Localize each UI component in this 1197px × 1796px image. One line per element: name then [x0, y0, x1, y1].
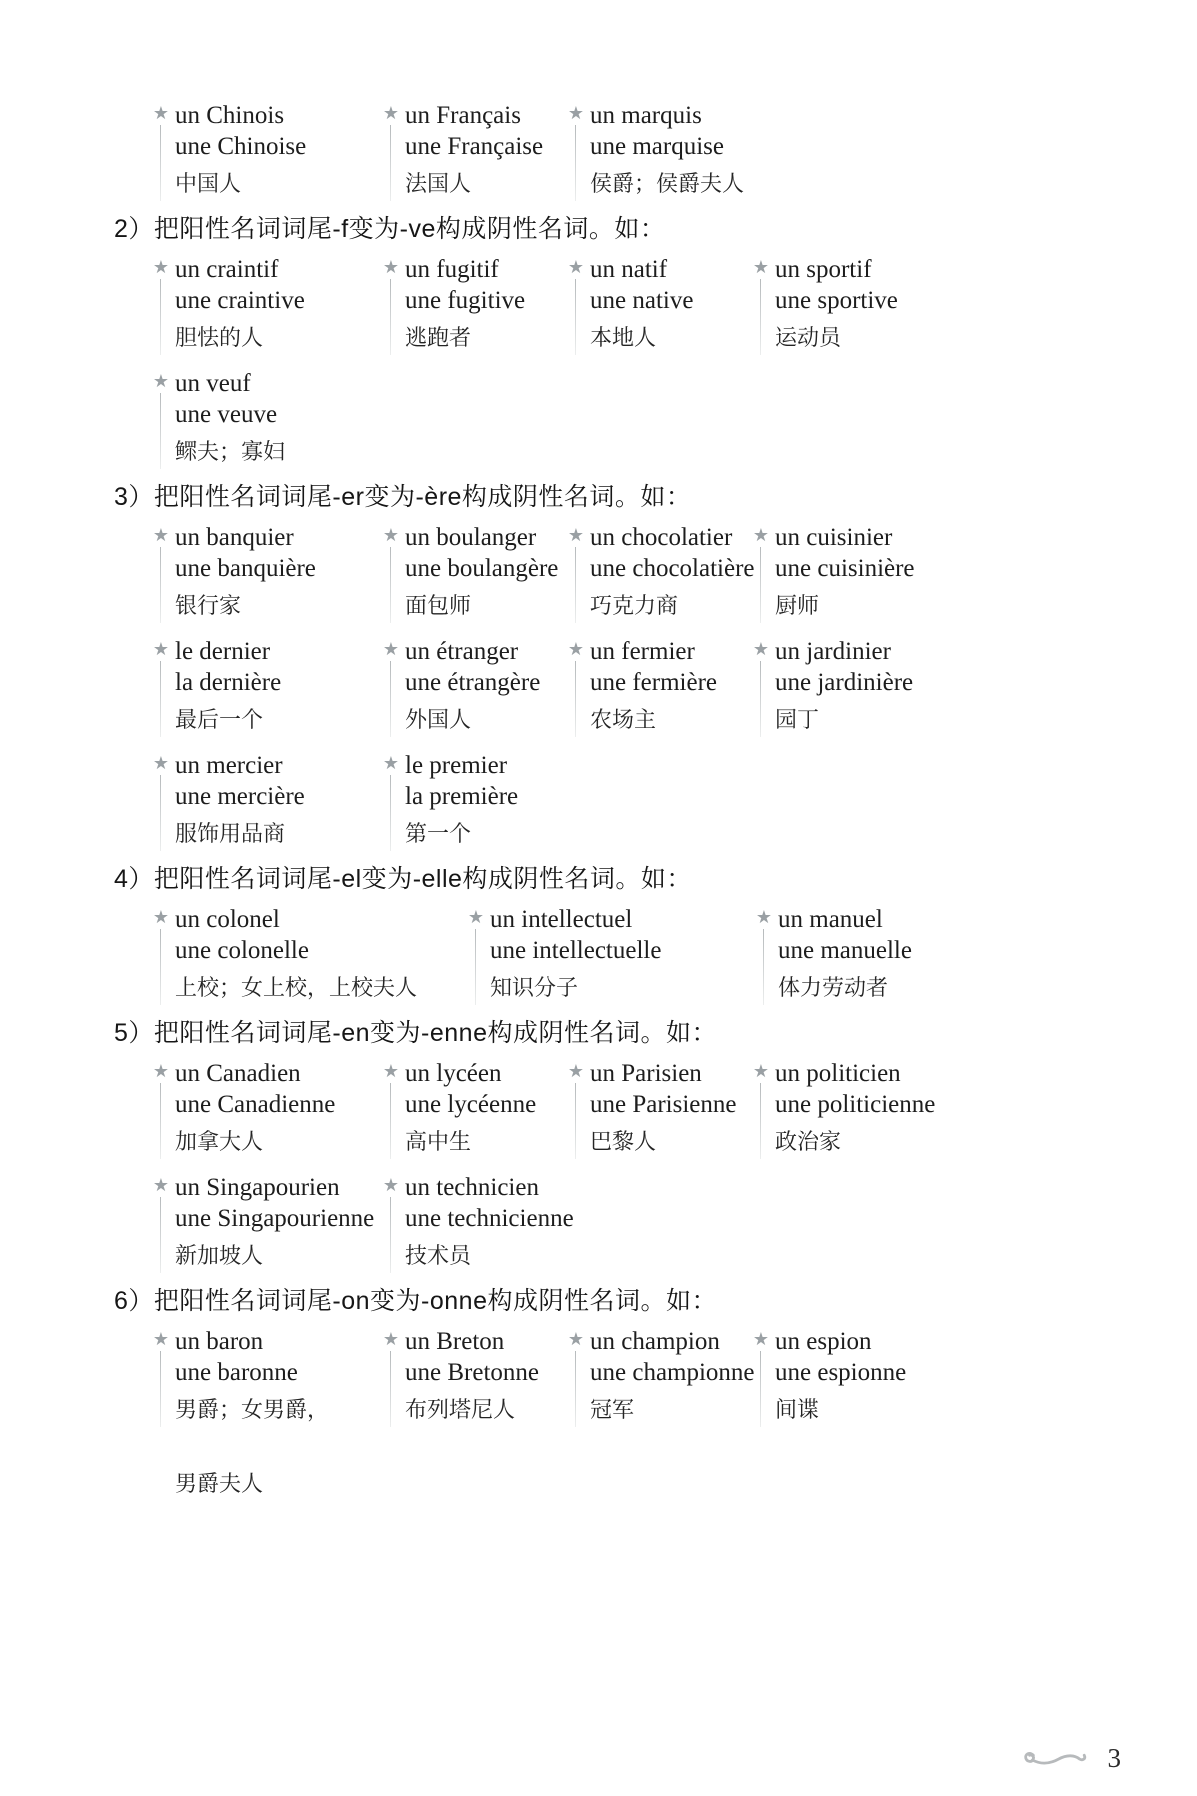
chinese-gloss: 体力劳动者 — [778, 974, 912, 1002]
chinese-gloss: 巧克力商 — [590, 592, 755, 620]
chinese-gloss: 第一个 — [405, 820, 518, 848]
chinese-gloss: 巴黎人 — [590, 1128, 736, 1156]
vocab-entry: ★un Françaisune Française法国人 — [405, 100, 543, 198]
vocab-entry: ★un intellectuelune intellectuelle知识分子 — [490, 904, 661, 1002]
masculine-form: un Parisien — [590, 1058, 736, 1089]
masculine-form: le premier — [405, 750, 518, 781]
rule-heading: 3）把阳性名词词尾-er变为-ère构成阴性名词。如： — [114, 482, 1197, 512]
vocab-entry: ★un lycéenune lycéenne高中生 — [405, 1058, 536, 1156]
vocab-row: ★un mercierune mercière服饰用品商★le premierl… — [0, 750, 1197, 864]
chinese-gloss-cont: 男爵夫人 — [175, 1470, 329, 1498]
star-icon: ★ — [381, 640, 401, 658]
feminine-form: une Canadienne — [175, 1089, 335, 1120]
chinese-gloss: 上校；女上校，上校夫人 — [175, 974, 417, 1002]
vocab-row: ★un banquierune banquière银行家★un boulange… — [0, 522, 1197, 636]
chinese-gloss: 间谍 — [775, 1396, 906, 1424]
feminine-form: la dernière — [175, 667, 281, 698]
masculine-form: un Singapourien — [175, 1172, 374, 1203]
masculine-form: un natif — [590, 254, 693, 285]
vocab-entry: ★un boulangerune boulangère面包师 — [405, 522, 558, 620]
chinese-gloss: 男爵；女男爵， — [175, 1396, 329, 1424]
feminine-form: la première — [405, 781, 518, 812]
vocab-entry: ★un politicienune politicienne政治家 — [775, 1058, 935, 1156]
star-icon: ★ — [151, 1176, 171, 1194]
feminine-form: une native — [590, 285, 693, 316]
masculine-form: un sportif — [775, 254, 898, 285]
masculine-form: un cuisinier — [775, 522, 915, 553]
vocab-entry: ★un fermierune fermière农场主 — [590, 636, 717, 734]
vocab-entry: ★un étrangerune étrangère外国人 — [405, 636, 540, 734]
vocab-entry: ★un Chinoisune Chinoise中国人 — [175, 100, 306, 198]
vocab-entry: ★un craintifune craintive胆怯的人 — [175, 254, 305, 352]
masculine-form: un lycéen — [405, 1058, 536, 1089]
vocab-entry: ★un Singapourienune Singapourienne新加坡人 — [175, 1172, 374, 1270]
chinese-gloss: 面包师 — [405, 592, 558, 620]
vocab-row: ★un craintifune craintive胆怯的人★un fugitif… — [0, 254, 1197, 368]
masculine-form: un boulanger — [405, 522, 558, 553]
chinese-gloss: 高中生 — [405, 1128, 536, 1156]
star-icon: ★ — [566, 1062, 586, 1080]
feminine-form: une fugitive — [405, 285, 525, 316]
star-icon: ★ — [566, 1330, 586, 1348]
feminine-form: une technicienne — [405, 1203, 574, 1234]
vocab-row: ★un Canadienune Canadienne加拿大人★un lycéen… — [0, 1058, 1197, 1172]
page-footer: 3 — [1022, 1743, 1122, 1774]
chinese-gloss: 加拿大人 — [175, 1128, 335, 1156]
star-icon: ★ — [751, 258, 771, 276]
masculine-form: un veuf — [175, 368, 285, 399]
masculine-form: un mercier — [175, 750, 305, 781]
star-icon: ★ — [381, 1330, 401, 1348]
masculine-form: un technicien — [405, 1172, 574, 1203]
chinese-gloss: 外国人 — [405, 706, 540, 734]
masculine-form: un Chinois — [175, 100, 306, 131]
star-icon: ★ — [381, 1176, 401, 1194]
vocab-entry: ★un marquisune marquise侯爵；侯爵夫人 — [590, 100, 744, 198]
chinese-gloss: 技术员 — [405, 1242, 574, 1270]
feminine-form: une mercière — [175, 781, 305, 812]
feminine-form: une étrangère — [405, 667, 540, 698]
chinese-gloss: 服饰用品商 — [175, 820, 305, 848]
feminine-form: une jardinière — [775, 667, 913, 698]
masculine-form: le dernier — [175, 636, 281, 667]
vocab-entry: ★le dernierla dernière最后一个 — [175, 636, 281, 734]
masculine-form: un intellectuel — [490, 904, 661, 935]
vocab-row: ★un colonelune colonelle上校；女上校，上校夫人★un i… — [0, 904, 1197, 1018]
masculine-form: un fugitif — [405, 254, 525, 285]
chinese-gloss: 布列塔尼人 — [405, 1396, 539, 1424]
star-icon: ★ — [751, 1062, 771, 1080]
chinese-gloss: 侯爵；侯爵夫人 — [590, 170, 744, 198]
star-icon: ★ — [381, 754, 401, 772]
vocab-entry: ★le premierla première第一个 — [405, 750, 518, 848]
masculine-form: un Canadien — [175, 1058, 335, 1089]
vocab-entry: ★un mercierune mercière服饰用品商 — [175, 750, 305, 848]
page-number: 3 — [1108, 1743, 1122, 1774]
vocab-entry: ★un Bretonune Bretonne布列塔尼人 — [405, 1326, 539, 1424]
vocab-entry: ★un championune championne冠军 — [590, 1326, 755, 1424]
feminine-form: une manuelle — [778, 935, 912, 966]
feminine-form: une chocolatière — [590, 553, 755, 584]
chinese-gloss: 银行家 — [175, 592, 316, 620]
masculine-form: un espion — [775, 1326, 906, 1357]
feminine-form: une banquière — [175, 553, 316, 584]
star-icon: ★ — [566, 258, 586, 276]
feminine-form: une Française — [405, 131, 543, 162]
feminine-form: une fermière — [590, 667, 717, 698]
page-content: ★un Chinoisune Chinoise中国人★un Françaisun… — [0, 100, 1197, 1498]
masculine-form: un manuel — [778, 904, 912, 935]
masculine-form: un champion — [590, 1326, 755, 1357]
vocab-row: ★le dernierla dernière最后一个★un étrangerun… — [0, 636, 1197, 750]
star-icon: ★ — [151, 754, 171, 772]
feminine-form: une Parisienne — [590, 1089, 736, 1120]
vocab-row: ★un Chinoisune Chinoise中国人★un Françaisun… — [0, 100, 1197, 214]
feminine-form: une lycéenne — [405, 1089, 536, 1120]
chinese-gloss: 最后一个 — [175, 706, 281, 734]
chinese-gloss: 逃跑者 — [405, 324, 525, 352]
rule-heading: 2）把阳性名词词尾-f变为-ve构成阴性名词。如： — [114, 214, 1197, 244]
masculine-form: un étranger — [405, 636, 540, 667]
vocab-entry: ★un natifune native本地人 — [590, 254, 693, 352]
chinese-gloss: 法国人 — [405, 170, 543, 198]
masculine-form: un fermier — [590, 636, 717, 667]
feminine-form: une boulangère — [405, 553, 558, 584]
star-icon: ★ — [381, 1062, 401, 1080]
chinese-gloss: 冠军 — [590, 1396, 755, 1424]
chinese-gloss: 胆怯的人 — [175, 324, 305, 352]
chinese-gloss: 中国人 — [175, 170, 306, 198]
star-icon: ★ — [151, 1330, 171, 1348]
star-icon: ★ — [381, 104, 401, 122]
vocab-entry: ★un Parisienune Parisienne巴黎人 — [590, 1058, 736, 1156]
feminine-form: une Chinoise — [175, 131, 306, 162]
chinese-gloss: 农场主 — [590, 706, 717, 734]
chinese-gloss: 厨师 — [775, 592, 915, 620]
masculine-form: un baron — [175, 1326, 329, 1357]
masculine-form: un Français — [405, 100, 543, 131]
star-icon: ★ — [151, 1062, 171, 1080]
vocab-row: ★un Singapourienune Singapourienne新加坡人★u… — [0, 1172, 1197, 1286]
masculine-form: un colonel — [175, 904, 417, 935]
swirl-ornament — [1022, 1747, 1088, 1771]
star-icon: ★ — [151, 908, 171, 926]
masculine-form: un jardinier — [775, 636, 913, 667]
feminine-form: une intellectuelle — [490, 935, 661, 966]
vocab-row: ★un baronune baronne男爵；女男爵，男爵夫人★un Breto… — [0, 1326, 1197, 1498]
vocab-entry: ★un cuisinierune cuisinière厨师 — [775, 522, 915, 620]
feminine-form: une Bretonne — [405, 1357, 539, 1388]
feminine-form: une colonelle — [175, 935, 417, 966]
feminine-form: une craintive — [175, 285, 305, 316]
vocab-row: ★un veufune veuve鳏夫；寡妇 — [0, 368, 1197, 482]
masculine-form: un politicien — [775, 1058, 935, 1089]
feminine-form: une veuve — [175, 399, 285, 430]
star-icon: ★ — [566, 526, 586, 544]
masculine-form: un banquier — [175, 522, 316, 553]
star-icon: ★ — [566, 640, 586, 658]
star-icon: ★ — [751, 526, 771, 544]
vocab-entry: ★un veufune veuve鳏夫；寡妇 — [175, 368, 285, 466]
vocab-entry: ★un banquierune banquière银行家 — [175, 522, 316, 620]
vocab-entry: ★un colonelune colonelle上校；女上校，上校夫人 — [175, 904, 417, 1002]
feminine-form: une politicienne — [775, 1089, 935, 1120]
masculine-form: un chocolatier — [590, 522, 755, 553]
chinese-gloss: 政治家 — [775, 1128, 935, 1156]
masculine-form: un craintif — [175, 254, 305, 285]
star-icon: ★ — [381, 526, 401, 544]
chinese-gloss: 园丁 — [775, 706, 913, 734]
masculine-form: un marquis — [590, 100, 744, 131]
chinese-gloss: 本地人 — [590, 324, 693, 352]
vocab-entry: ★un technicienune technicienne技术员 — [405, 1172, 574, 1270]
vocab-entry: ★un fugitifune fugitive逃跑者 — [405, 254, 525, 352]
star-icon: ★ — [151, 640, 171, 658]
chinese-gloss: 新加坡人 — [175, 1242, 374, 1270]
rule-heading: 4）把阳性名词词尾-el变为-elle构成阴性名词。如： — [114, 864, 1197, 894]
star-icon: ★ — [151, 372, 171, 390]
vocab-entry: ★un baronune baronne男爵；女男爵，男爵夫人 — [175, 1326, 329, 1498]
star-icon: ★ — [151, 258, 171, 276]
vocab-entry: ★un espionune espionne间谍 — [775, 1326, 906, 1424]
vocab-entry: ★un Canadienune Canadienne加拿大人 — [175, 1058, 335, 1156]
feminine-form: une baronne — [175, 1357, 329, 1388]
rule-heading: 5）把阳性名词词尾-en变为-enne构成阴性名词。如： — [114, 1018, 1197, 1048]
vocab-entry: ★un chocolatierune chocolatière巧克力商 — [590, 522, 755, 620]
masculine-form: un Breton — [405, 1326, 539, 1357]
textbook-page: ★un Chinoisune Chinoise中国人★un Françaisun… — [0, 0, 1197, 1796]
vocab-entry: ★un sportifune sportive运动员 — [775, 254, 898, 352]
chinese-gloss: 知识分子 — [490, 974, 661, 1002]
rule-heading: 6）把阳性名词词尾-on变为-onne构成阴性名词。如： — [114, 1286, 1197, 1316]
star-icon: ★ — [151, 104, 171, 122]
star-icon: ★ — [151, 526, 171, 544]
feminine-form: une championne — [590, 1357, 755, 1388]
star-icon: ★ — [381, 258, 401, 276]
vocab-entry: ★un jardinierune jardinière园丁 — [775, 636, 913, 734]
feminine-form: une Singapourienne — [175, 1203, 374, 1234]
feminine-form: une sportive — [775, 285, 898, 316]
feminine-form: une cuisinière — [775, 553, 915, 584]
star-icon: ★ — [751, 640, 771, 658]
star-icon: ★ — [754, 908, 774, 926]
vocab-entry: ★un manuelune manuelle体力劳动者 — [778, 904, 912, 1002]
chinese-gloss: 鳏夫；寡妇 — [175, 438, 285, 466]
feminine-form: une marquise — [590, 131, 744, 162]
star-icon: ★ — [751, 1330, 771, 1348]
chinese-gloss: 运动员 — [775, 324, 898, 352]
feminine-form: une espionne — [775, 1357, 906, 1388]
star-icon: ★ — [566, 104, 586, 122]
star-icon: ★ — [466, 908, 486, 926]
